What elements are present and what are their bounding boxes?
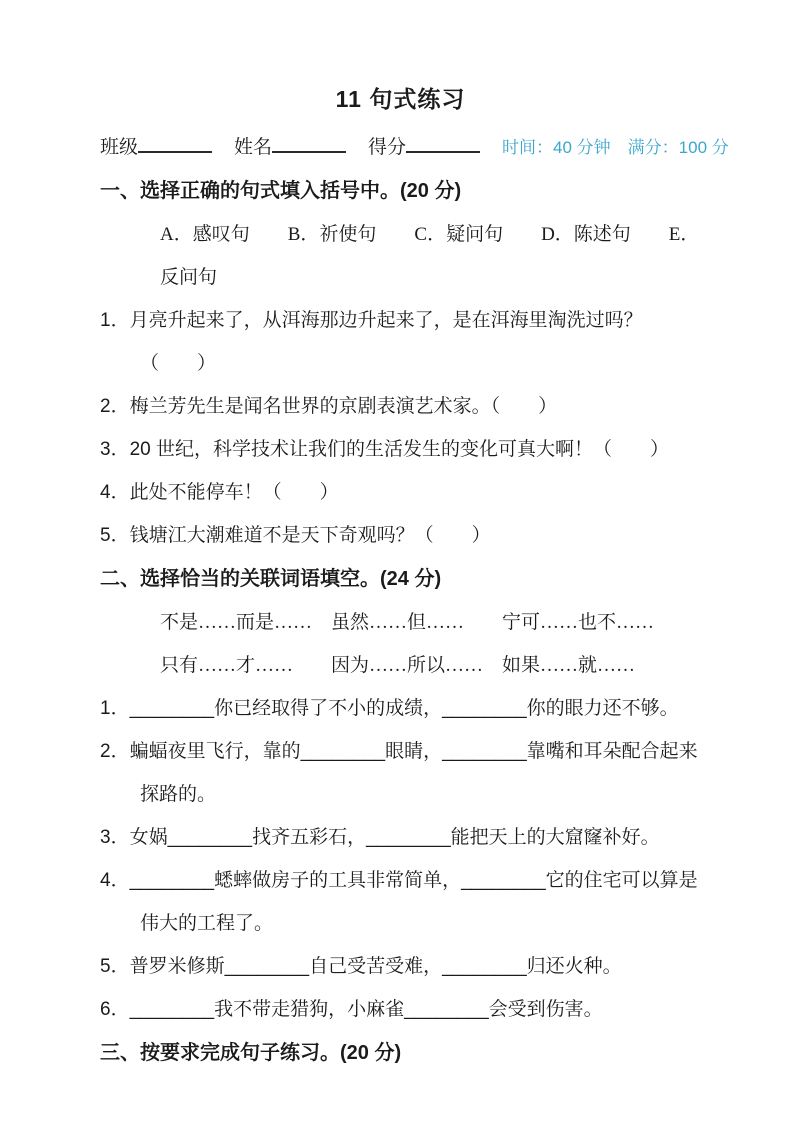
worksheet-page: 11 句式练习 班级 姓名 得分 时间：40 分钟 满分：100 分 一、选择正… — [0, 0, 793, 1122]
worksheet-content: 11 句式练习 班级 姓名 得分 时间：40 分钟 满分：100 分 一、选择正… — [0, 0, 793, 1105]
section-2-item-2: 2．蝙蝠夜里飞行，靠的________眼睛，________靠嘴和耳朵配合起来探… — [100, 730, 701, 816]
section-2-heading: 二、选择恰当的关联词语填空。(24 分) — [100, 557, 701, 601]
section-2-item-1: 1．________你已经取得了不小的成绩，________你的眼力还不够。 — [100, 687, 701, 730]
name-field: 姓名 — [234, 132, 346, 163]
student-info-line: 班级 姓名 得分 时间：40 分钟 满分：100 分 — [100, 132, 701, 163]
class-label: 班级 — [100, 133, 138, 163]
section-2-word-bank-row-2: 只有……才…… 因为……所以…… 如果……就…… — [100, 644, 701, 687]
section-1-item-5: 5．钱塘江大潮难道不是天下奇观吗？（ ） — [100, 514, 701, 557]
section-1-item-2: 2．梅兰芳先生是闻名世界的京剧表演艺术家。（ ） — [100, 385, 701, 428]
section-2-word-bank-row-1: 不是……而是…… 虽然……但…… 宁可……也不…… — [100, 601, 701, 644]
class-field: 班级 — [100, 132, 212, 163]
section-1-item-4: 4．此处不能停车！（ ） — [100, 471, 701, 514]
section-1-heading: 一、选择正确的句式填入括号中。(20 分) — [100, 169, 701, 213]
section-1-options: A．感叹句 B．祈使句 C．疑问句 D．陈述句 E．反问句 — [100, 213, 701, 299]
score-field: 得分 — [368, 132, 480, 163]
time-and-score-info: 时间：40 分钟 满分：100 分 — [502, 133, 729, 163]
section-1-item-1: 1．月亮升起来了，从洱海那边升起来了，是在洱海里淘洗过吗？（ ） — [100, 299, 701, 385]
section-3-heading: 三、按要求完成句子练习。(20 分) — [100, 1031, 701, 1075]
section-2-item-3: 3．女娲________找齐五彩石，________能把天上的大窟窿补好。 — [100, 816, 701, 859]
section-2-item-5: 5．普罗米修斯________自己受苦受难，________归还火种。 — [100, 945, 701, 988]
score-blank-line — [406, 132, 480, 153]
section-2-item-6: 6．________我不带走猎狗，小麻雀________会受到伤害。 — [100, 988, 701, 1031]
score-label: 得分 — [368, 133, 406, 163]
class-blank-line — [138, 132, 212, 153]
name-blank-line — [272, 132, 346, 153]
section-2-item-4: 4．________蟋蟀做房子的工具非常简单，________它的住宅可以算是伟… — [100, 859, 701, 945]
section-1-item-3: 3．20 世纪，科学技术让我们的生活发生的变化可真大啊！（ ） — [100, 428, 701, 471]
page-title: 11 句式练习 — [100, 84, 701, 114]
name-label: 姓名 — [234, 133, 272, 163]
